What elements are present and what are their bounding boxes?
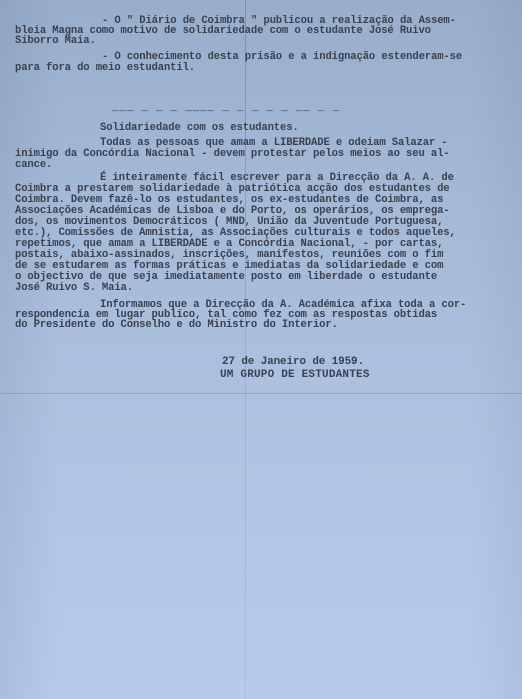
text-line: para fora do meio estudantil. [15, 63, 195, 73]
section-title: Solidariedade com os estudantes. [100, 123, 299, 133]
text-line: repetimos, que amam a LIBERDADE e a Conc… [15, 239, 443, 249]
text-line: Coimbra. Devem fazê-lo os estudantes, os… [15, 195, 443, 205]
text-line: José Ruivo S. Maia. [15, 283, 133, 293]
text-line: do Presidente do Conselho e do Ministro … [15, 320, 338, 330]
text-line: É inteiramente fácil escrever para a Dir… [100, 173, 454, 183]
document-date: 27 de Janeiro de 1959. [222, 357, 364, 367]
text-line: Coimbra a prestarem solidariedade à patr… [15, 184, 450, 194]
text-line: inimigo da Concórdia Nacional - devem pr… [15, 149, 450, 159]
text-line: - O conhecimento desta prisão e a indign… [102, 52, 462, 62]
document-page: - O " Diário de Coimbra " publicou a rea… [0, 0, 522, 699]
signature: UM GRUPO DE ESTUDANTES [220, 370, 370, 380]
text-line: etc.), Comissões de Amnistia, as Associa… [15, 228, 456, 238]
text-line: Associações Académicas de Lisboa e do Po… [15, 206, 450, 216]
text-line: Siborro Maia. [15, 36, 96, 46]
text-line: dos, os movimentos Democráticos ( MND, U… [15, 217, 443, 227]
dashed-separator: ___ _ _ _ ____ _ _ _ _ _ __ _ _ [112, 103, 340, 113]
text-line: o objectivo de que seja imediatamente po… [15, 272, 437, 282]
text-line: cance. [15, 160, 52, 170]
text-line: Todas as pessoas que amam a LIBERDADE e … [100, 138, 448, 148]
text-line: de se estudarem as formas práticas e ime… [15, 261, 443, 271]
typewritten-text: - O " Diário de Coimbra " publicou a rea… [0, 0, 522, 447]
text-line: postais, abaixo-assinados, inscrições, m… [15, 250, 443, 260]
